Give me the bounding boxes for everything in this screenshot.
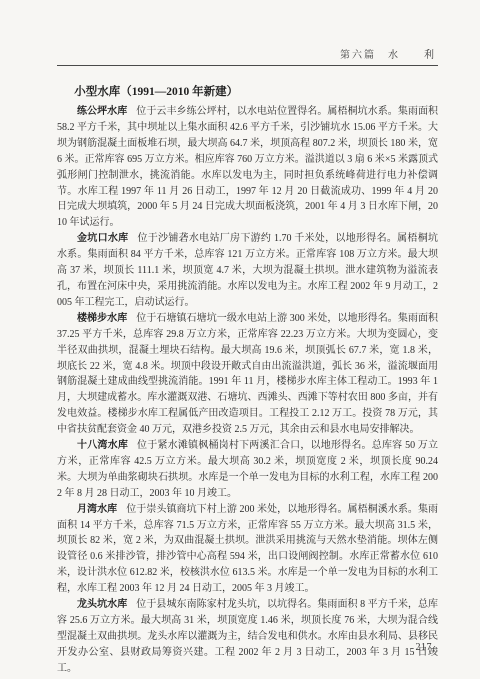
reservoir-body: 位于崇头镇商坑下村上游 200 米处，以地形得名。属梧桐溪水系。集雨面积 14 … — [57, 504, 438, 595]
reservoir-body: 位于云丰乡练公坪村，以水电站位置得名。属梧桐坑水系。集雨面积 58.2 平方千米… — [57, 106, 438, 228]
reservoir-entry: 楼梯步水库位于石塘镇石塘坑一级水电站上游 300 米处，以地形得名。集雨面积 3… — [57, 311, 438, 438]
reservoir-name: 金坑口水库 — [77, 233, 137, 244]
book-page: 第六篇 水 利 小型水库（1991—2010 年新建） 练公坪水库位于云丰乡练公… — [0, 0, 480, 679]
reservoir-name: 楼梯步水库 — [77, 313, 136, 324]
reservoir-body: 位于沙铺砻水电站厂房下游约 1.70 千米处，以地形得名。属梧桐坑水系。集雨面积… — [57, 233, 438, 308]
page-number: 217 — [416, 642, 433, 653]
running-head: 第六篇 水 利 — [57, 46, 438, 66]
reservoir-body: 位于石塘镇石塘坑一级水电站上游 300 米处，以地形得名。集雨面积 37.25 … — [57, 313, 438, 435]
reservoir-name: 月湾水库 — [77, 504, 126, 515]
reservoir-name: 练公坪水库 — [77, 106, 136, 117]
reservoir-entry: 龙头坑水库位于县城东南陈家村龙头坑，以坑得名。集雨面积 8 平方千米，总库容 2… — [57, 597, 438, 677]
reservoir-entry: 十八湾水库位于紧水滩镇枫桶岗村下两溪汇合口，以地形得名。总库容 50 万立方米，… — [57, 438, 438, 502]
reservoir-entry: 金坑口水库位于沙铺砻水电站厂房下游约 1.70 千米处，以地形得名。属梧桐坑水系… — [57, 231, 438, 311]
reservoir-name: 龙头坑水库 — [77, 599, 136, 610]
page-title: 小型水库（1991—2010 年新建） — [57, 83, 438, 99]
reservoir-entry: 练公坪水库位于云丰乡练公坪村，以水电站位置得名。属梧桐坑水系。集雨面积 58.2… — [57, 104, 438, 231]
reservoir-body: 位于县城东南陈家村龙头坑，以坑得名。集雨面积 8 平方千米，总库容 25.6 万… — [57, 599, 438, 674]
reservoir-name: 十八湾水库 — [77, 440, 137, 451]
reservoir-entry: 月湾水库位于崇头镇商坑下村上游 200 米处，以地形得名。属梧桐溪水系。集雨面积… — [57, 502, 438, 597]
